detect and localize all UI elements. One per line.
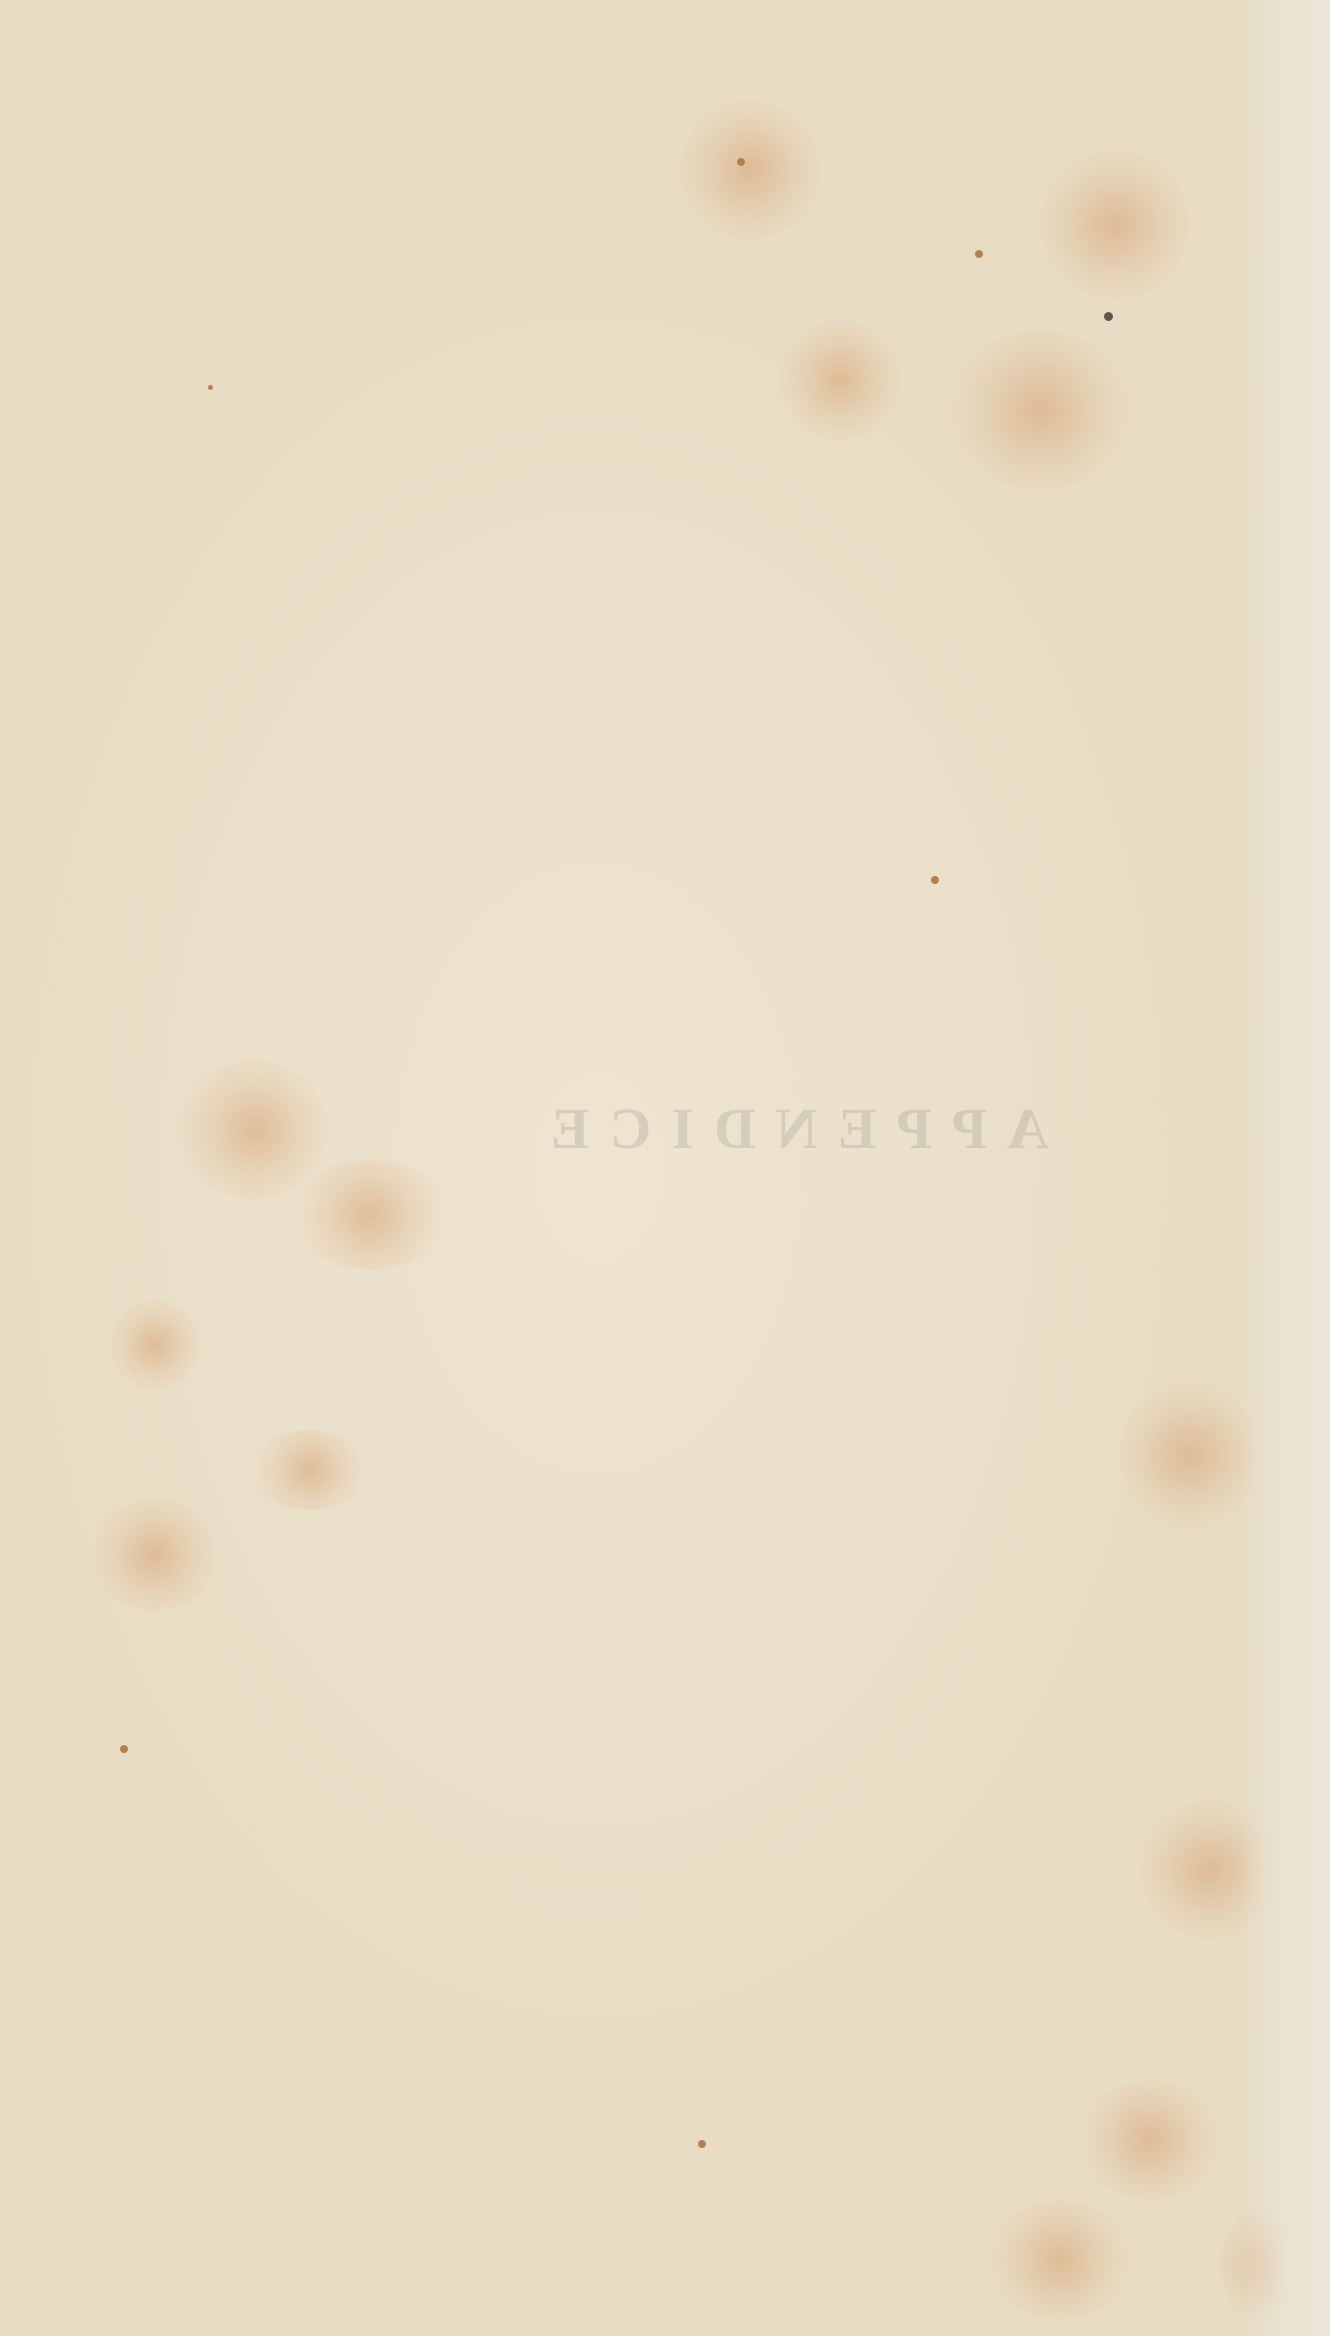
- ink-speck: [1104, 312, 1113, 321]
- foxing-spot: [90, 1500, 220, 1610]
- foxing-spot: [1080, 2080, 1220, 2200]
- foxing-dot: [698, 2140, 706, 2148]
- foxing-spot: [780, 320, 900, 440]
- foxing-dot: [737, 158, 745, 166]
- foxing-spot: [1120, 1380, 1260, 1530]
- foxing-dot: [931, 876, 939, 884]
- foxing-spot: [950, 330, 1130, 490]
- foxing-spot: [250, 1430, 370, 1510]
- foxing-spot: [290, 1160, 450, 1270]
- foxing-dot: [208, 385, 213, 390]
- foxing-spot: [990, 2200, 1130, 2320]
- foxing-spot: [680, 100, 820, 240]
- bleed-through-title: APPENDICE: [0, 1095, 1330, 1162]
- foxing-spot: [110, 1300, 200, 1390]
- foxing-spot: [1040, 150, 1190, 300]
- page-edge: [1240, 0, 1330, 2336]
- foxing-dot: [120, 1745, 128, 1753]
- foxing-dot: [975, 250, 983, 258]
- scanned-page: APPENDICE: [0, 0, 1330, 2336]
